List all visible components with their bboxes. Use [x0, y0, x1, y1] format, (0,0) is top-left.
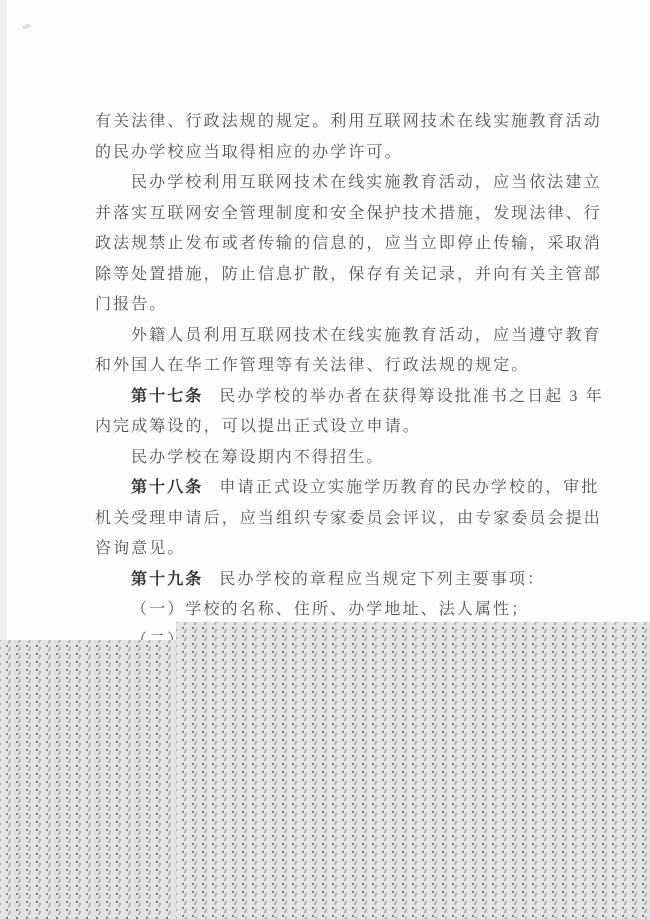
line-text: 的民办学校应当取得相应的办学许可。	[95, 144, 403, 161]
text-line: 第十八条申请正式设立实施学历教育的民办学校的，审批	[95, 473, 600, 504]
line-text: 并落实互联网安全管理制度和安全保护技术措施，发现法律、行	[95, 205, 602, 222]
article-number: 第十七条	[131, 388, 203, 405]
line-text: 民办学校的举办者在获得筹设批准书之日起 3 年	[219, 388, 603, 405]
text-line: 咨询意见。	[95, 534, 600, 565]
text-line: 和外国人在华工作管理等有关法律、行政法规的规定。	[95, 351, 600, 382]
line-text: 民办学校利用互联网技术在线实施教育活动，应当依法建立	[131, 174, 602, 191]
text-line: 有关法律、行政法规的规定。利用互联网技术在线实施教育活动	[95, 107, 600, 138]
line-text: 内完成筹设的，可以提出正式设立申请。	[95, 418, 421, 435]
line-text: 除等处置措施，防止信息扩散，保存有关记录，并向有关主管部	[95, 266, 602, 283]
text-line: 门报告。	[95, 290, 600, 321]
line-text: 门报告。	[95, 296, 167, 313]
line-text: 民办学校的章程应当规定下列主要事项：	[219, 571, 545, 588]
text-line: 民办学校在筹设期内不得招生。	[95, 443, 600, 474]
document-text: 有关法律、行政法规的规定。利用互联网技术在线实施教育活动的民办学校应当取得相应的…	[95, 107, 600, 656]
line-text: （一）学校的名称、住所、办学地址、法人属性；	[131, 601, 529, 618]
scan-speck	[22, 23, 32, 30]
line-text: 和外国人在华工作管理等有关法律、行政法规的规定。	[95, 357, 529, 374]
text-line: 政法规禁止发布或者传输的信息的，应当立即停止传输，采取消	[95, 229, 600, 260]
text-line: 除等处置措施，防止信息扩散，保存有关记录，并向有关主管部	[95, 260, 600, 291]
text-line: （一）学校的名称、住所、办学地址、法人属性；	[95, 595, 600, 626]
text-line: 第十九条民办学校的章程应当规定下列主要事项：	[95, 565, 600, 596]
line-text: 有关法律、行政法规的规定。利用互联网技术在线实施教育活动	[95, 113, 602, 130]
dither-occlusion-block	[176, 622, 650, 919]
text-line: 民办学校利用互联网技术在线实施教育活动，应当依法建立	[95, 168, 600, 199]
dither-occlusion-block-left	[0, 640, 176, 919]
text-line: 第十七条民办学校的举办者在获得筹设批准书之日起 3 年	[95, 382, 600, 413]
line-text: 机关受理申请后，应当组织专家委员会评议，由专家委员会提出	[95, 510, 602, 527]
line-text: 民办学校在筹设期内不得招生。	[131, 449, 384, 466]
line-text: 咨询意见。	[95, 540, 186, 557]
line-text: 申请正式设立实施学历教育的民办学校的，审批	[219, 479, 599, 496]
line-text: 外籍人员利用互联网技术在线实施教育活动，应当遵守教育	[131, 327, 602, 344]
text-line: 机关受理申请后，应当组织专家委员会评议，由专家委员会提出	[95, 504, 600, 535]
text-line: 并落实互联网安全管理制度和安全保护技术措施，发现法律、行	[95, 199, 600, 230]
text-line: 内完成筹设的，可以提出正式设立申请。	[95, 412, 600, 443]
article-number: 第十九条	[131, 571, 203, 588]
text-line: 的民办学校应当取得相应的办学许可。	[95, 138, 600, 169]
text-line: 外籍人员利用互联网技术在线实施教育活动，应当遵守教育	[95, 321, 600, 352]
line-text: 政法规禁止发布或者传输的信息的，应当立即停止传输，采取消	[95, 235, 602, 252]
article-number: 第十八条	[131, 479, 203, 496]
